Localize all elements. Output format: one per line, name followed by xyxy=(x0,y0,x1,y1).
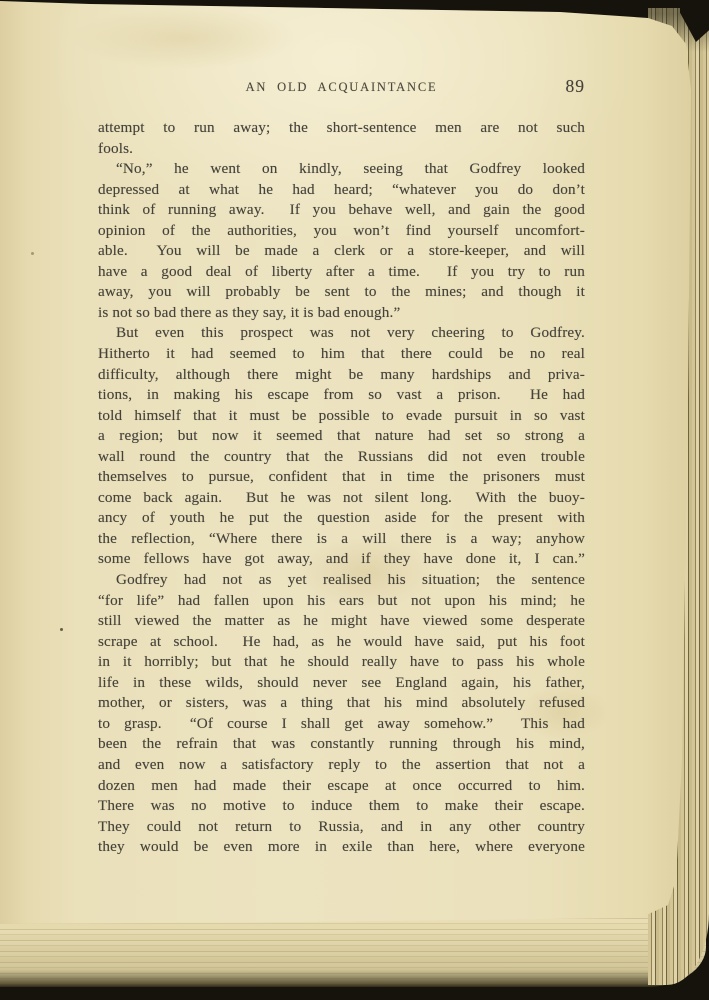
text-line: tions, in making his escape from so vast… xyxy=(98,385,585,406)
text-line: they would be even more in exile than he… xyxy=(98,837,585,858)
text-line: away, you will probably be sent to the m… xyxy=(98,282,585,303)
page-content: AN OLD ACQUAINTANCE 89 attempt to run aw… xyxy=(98,0,585,1000)
text-line: come back again. But he was not silent l… xyxy=(98,488,585,509)
page-number: 89 xyxy=(566,76,586,97)
text-line: and even now a satisfactory reply to the… xyxy=(98,755,585,776)
text-line: a region; but now it seemed that nature … xyxy=(98,426,585,447)
text-line: in it horribly; but that he should reall… xyxy=(98,652,585,673)
text-line: ancy of youth he put the question aside … xyxy=(98,508,585,529)
text-line: But even this prospect was not very chee… xyxy=(98,323,585,344)
text-line: scrape at school. He had, as he would ha… xyxy=(98,632,585,653)
text-line: attempt to run away; the short-sentence … xyxy=(98,118,585,139)
body-text: attempt to run away; the short-sentence … xyxy=(98,118,585,858)
text-line: opinion of the authorities, you won’t fi… xyxy=(98,221,585,242)
text-line: the reflection, “Where there is a will t… xyxy=(98,529,585,550)
running-header: AN OLD ACQUAINTANCE 89 xyxy=(98,80,585,100)
text-line: dozen men had made their escape at once … xyxy=(98,776,585,797)
text-line: some fellows have got away, and if they … xyxy=(98,549,585,570)
chapter-title: AN OLD ACQUAINTANCE xyxy=(98,80,585,95)
text-line: difficulty, although there might be many… xyxy=(98,365,585,386)
ink-speck xyxy=(31,252,34,255)
text-line: depressed at what he had heard; “whateve… xyxy=(98,180,585,201)
text-line: able. You will be made a clerk or a stor… xyxy=(98,241,585,262)
text-line: Godfrey had not as yet realised his situ… xyxy=(98,570,585,591)
text-line: still viewed the matter as he might have… xyxy=(98,611,585,632)
text-line: been the refrain that was constantly run… xyxy=(98,734,585,755)
text-line: have a good deal of liberty after a time… xyxy=(98,262,585,283)
text-line: themselves to pursue, confident that in … xyxy=(98,467,585,488)
text-line: fools. xyxy=(98,139,585,160)
ink-speck xyxy=(60,628,63,631)
text-line: There was no motive to induce them to ma… xyxy=(98,796,585,817)
text-line: “for life” had fallen upon his ears but … xyxy=(98,591,585,612)
text-line: Hitherto it had seemed to him that there… xyxy=(98,344,585,365)
text-line: mother, or sisters, was a thing that his… xyxy=(98,693,585,714)
text-line: wall round the country that the Russians… xyxy=(98,447,585,468)
text-line: think of running away. If you behave wel… xyxy=(98,200,585,221)
text-line: told himself that it must be possible to… xyxy=(98,406,585,427)
text-line: is not so bad there as they say, it is b… xyxy=(98,303,585,324)
text-line: They could not return to Russia, and in … xyxy=(98,817,585,838)
text-line: “No,” he went on kindly, seeing that God… xyxy=(98,159,585,180)
text-line: to grasp. “Of course I shall get away so… xyxy=(98,714,585,735)
book-scan: AN OLD ACQUAINTANCE 89 attempt to run aw… xyxy=(0,0,709,1000)
text-line: life in these wilds, should never see En… xyxy=(98,673,585,694)
